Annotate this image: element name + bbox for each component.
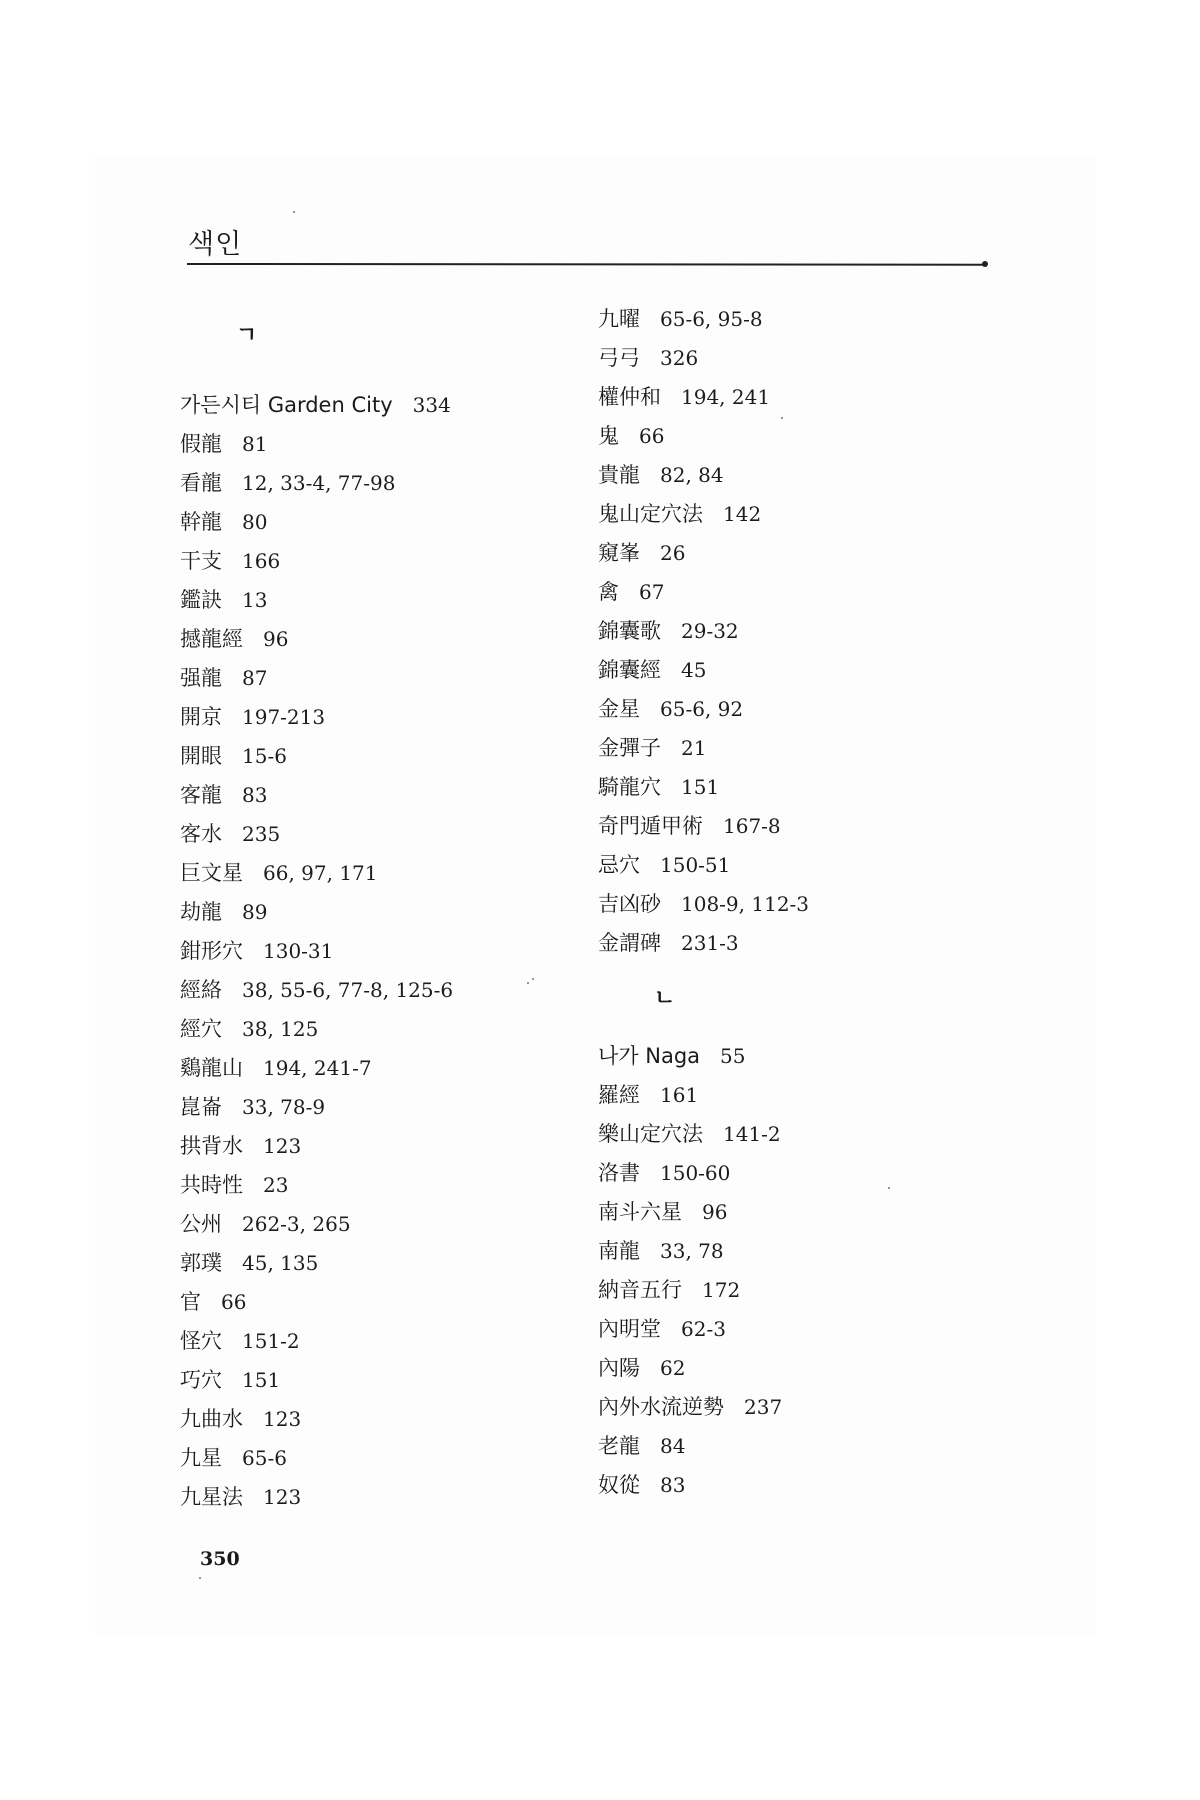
index-term: 公州 bbox=[180, 1212, 222, 1236]
index-term: 崑崙 bbox=[180, 1095, 222, 1119]
index-term: 吉凶砂 bbox=[598, 892, 661, 916]
index-entry: 客水235 bbox=[180, 815, 453, 854]
page-references: 96 bbox=[263, 627, 288, 651]
section-heading-giyeok: ㄱ bbox=[180, 320, 453, 352]
index-entry: 羅經161 bbox=[598, 1076, 809, 1115]
page-references: 45 bbox=[681, 658, 706, 682]
index-entry: 共時性23 bbox=[180, 1166, 453, 1205]
index-entry: 巨文星66, 97, 171 bbox=[180, 854, 453, 893]
index-entry: 幹龍80 bbox=[180, 503, 453, 542]
index-entry: 內外水流逆勢237 bbox=[598, 1388, 809, 1427]
index-entry: 鑑訣13 bbox=[180, 581, 453, 620]
index-term: 官 bbox=[180, 1290, 201, 1314]
index-entry: 南斗六星96 bbox=[598, 1193, 809, 1232]
page-references: 197-213 bbox=[242, 705, 325, 729]
index-term: 强龍 bbox=[180, 666, 222, 690]
index-term: 가든시티 Garden City bbox=[180, 393, 393, 417]
index-entry: 官66 bbox=[180, 1283, 453, 1322]
index-term: 權仲和 bbox=[598, 385, 661, 409]
page-references: 65-6, 92 bbox=[660, 697, 743, 721]
page-references: 33, 78 bbox=[660, 1239, 724, 1263]
index-entry: 內陽62 bbox=[598, 1349, 809, 1388]
page-references: 66, 97, 171 bbox=[263, 861, 378, 885]
page-references: 108-9, 112-3 bbox=[681, 892, 809, 916]
page-references: 12, 33-4, 77-98 bbox=[242, 471, 395, 495]
page-references: 15-6 bbox=[242, 744, 287, 768]
index-term: 劫龍 bbox=[180, 900, 222, 924]
index-entry: 金星65-6, 92 bbox=[598, 690, 809, 729]
index-entry: 權仲和194, 241 bbox=[598, 378, 809, 417]
index-entry: 拱背水123 bbox=[180, 1127, 453, 1166]
index-term: 錦囊經 bbox=[598, 658, 661, 682]
index-entry-list-right-bottom: 나가 Naga55羅經161樂山定穴法141-2洛書150-60南斗六星96南龍… bbox=[598, 1037, 809, 1505]
page-references: 38, 125 bbox=[242, 1017, 318, 1041]
index-entry: 郭璞45, 135 bbox=[180, 1244, 453, 1283]
page-title: 색인 bbox=[188, 222, 242, 261]
page-references: 194, 241-7 bbox=[263, 1056, 372, 1080]
index-entry: 假龍81 bbox=[180, 425, 453, 464]
index-term: 經絡 bbox=[180, 978, 222, 1002]
page-references: 231-3 bbox=[681, 931, 739, 955]
index-term: 鑑訣 bbox=[180, 588, 222, 612]
index-entry: 納音五行172 bbox=[598, 1271, 809, 1310]
index-term: 幹龍 bbox=[180, 510, 222, 534]
page-references: 84 bbox=[660, 1434, 685, 1458]
index-entry: 忌穴150-51 bbox=[598, 846, 809, 885]
index-term: 弓弓 bbox=[598, 346, 640, 370]
index-entry: 南龍33, 78 bbox=[598, 1232, 809, 1271]
page-references: 87 bbox=[242, 666, 267, 690]
index-term: 錦囊歌 bbox=[598, 619, 661, 643]
index-term: 開京 bbox=[180, 705, 222, 729]
index-term: 拱背水 bbox=[180, 1134, 243, 1158]
index-term: 開眼 bbox=[180, 744, 222, 768]
index-term: 金彈子 bbox=[598, 736, 661, 760]
scan-speck bbox=[293, 211, 295, 213]
page-references: 150-51 bbox=[660, 853, 730, 877]
index-entry: 吉凶砂108-9, 112-3 bbox=[598, 885, 809, 924]
page-references: 62-3 bbox=[681, 1317, 726, 1341]
page-references: 80 bbox=[242, 510, 267, 534]
index-term: 金謂碑 bbox=[598, 931, 661, 955]
page-references: 151 bbox=[681, 775, 719, 799]
index-term: 撼龍經 bbox=[180, 627, 243, 651]
index-entry: 開京197-213 bbox=[180, 698, 453, 737]
index-entry: 鬼66 bbox=[598, 417, 809, 456]
page-references: 29-32 bbox=[681, 619, 739, 643]
index-entry: 九星法123 bbox=[180, 1478, 453, 1517]
index-entry: 鉗形穴130-31 bbox=[180, 932, 453, 971]
index-term: 巨文星 bbox=[180, 861, 243, 885]
page-references: 130-31 bbox=[263, 939, 333, 963]
index-term: 鉗形穴 bbox=[180, 939, 243, 963]
index-term: 內陽 bbox=[598, 1356, 640, 1380]
page-references: 66 bbox=[639, 424, 664, 448]
index-entry: 老龍84 bbox=[598, 1427, 809, 1466]
index-column-right: 九曜65-6, 95-8弓弓326權仲和194, 241鬼66貴龍82, 84鬼… bbox=[598, 300, 809, 1505]
page-references: 65-6, 95-8 bbox=[660, 307, 763, 331]
index-entry: 九曲水123 bbox=[180, 1400, 453, 1439]
index-entry-list-left: 가든시티 Garden City334假龍81看龍12, 33-4, 77-98… bbox=[180, 386, 453, 1517]
page-references: 194, 241 bbox=[681, 385, 770, 409]
page-references: 89 bbox=[242, 900, 267, 924]
index-term: 怪穴 bbox=[180, 1329, 222, 1353]
index-entry: 錦囊經45 bbox=[598, 651, 809, 690]
page-references: 123 bbox=[263, 1407, 301, 1431]
index-entry: 劫龍89 bbox=[180, 893, 453, 932]
index-term: 奴從 bbox=[598, 1473, 640, 1497]
index-entry: 奇門遁甲術167-8 bbox=[598, 807, 809, 846]
page-references: 150-60 bbox=[660, 1161, 730, 1185]
scan-speck bbox=[888, 1187, 890, 1189]
page-references: 166 bbox=[242, 549, 280, 573]
index-term: 奇門遁甲術 bbox=[598, 814, 703, 838]
page-references: 161 bbox=[660, 1083, 698, 1107]
index-entry: 鷄龍山194, 241-7 bbox=[180, 1049, 453, 1088]
index-term: 金星 bbox=[598, 697, 640, 721]
index-term: 干支 bbox=[180, 549, 222, 573]
index-entry: 禽67 bbox=[598, 573, 809, 612]
index-term: 老龍 bbox=[598, 1434, 640, 1458]
index-term: 羅經 bbox=[598, 1083, 640, 1107]
page-references: 141-2 bbox=[723, 1122, 781, 1146]
index-entry: 貴龍82, 84 bbox=[598, 456, 809, 495]
scan-speck bbox=[781, 417, 783, 419]
index-term: 鷄龍山 bbox=[180, 1056, 243, 1080]
index-term: 九星 bbox=[180, 1446, 222, 1470]
index-entry: 經絡38, 55-6, 77-8, 125-6 bbox=[180, 971, 453, 1010]
page-references: 123 bbox=[263, 1485, 301, 1509]
index-entry: 錦囊歌29-32 bbox=[598, 612, 809, 651]
index-term: 貴龍 bbox=[598, 463, 640, 487]
index-entry: 樂山定穴法141-2 bbox=[598, 1115, 809, 1154]
scan-speck bbox=[532, 978, 534, 980]
index-entry: 巧穴151 bbox=[180, 1361, 453, 1400]
page-references: 326 bbox=[660, 346, 698, 370]
index-term: 看龍 bbox=[180, 471, 222, 495]
index-entry: 鬼山定穴法142 bbox=[598, 495, 809, 534]
index-term: 鬼 bbox=[598, 424, 619, 448]
index-term: 九星法 bbox=[180, 1485, 243, 1509]
index-term: 禽 bbox=[598, 580, 619, 604]
index-entry: 客龍83 bbox=[180, 776, 453, 815]
index-entry: 內明堂62-3 bbox=[598, 1310, 809, 1349]
page-number: 350 bbox=[200, 1548, 240, 1570]
index-term: 郭璞 bbox=[180, 1251, 222, 1275]
index-term: 忌穴 bbox=[598, 853, 640, 877]
index-entry: 强龍87 bbox=[180, 659, 453, 698]
index-term: 窺峯 bbox=[598, 541, 640, 565]
page-references: 334 bbox=[413, 393, 451, 417]
index-entry: 洛書150-60 bbox=[598, 1154, 809, 1193]
section-heading-nieun: ㄴ bbox=[598, 983, 809, 1015]
index-entry: 開眼15-6 bbox=[180, 737, 453, 776]
index-entry: 金彈子21 bbox=[598, 729, 809, 768]
index-entry: 窺峯26 bbox=[598, 534, 809, 573]
page-references: 83 bbox=[660, 1473, 685, 1497]
page-references: 151 bbox=[242, 1368, 280, 1392]
page-references: 65-6 bbox=[242, 1446, 287, 1470]
page-references: 66 bbox=[221, 1290, 246, 1314]
page-references: 55 bbox=[720, 1044, 745, 1068]
page-references: 172 bbox=[702, 1278, 740, 1302]
index-term: 九曜 bbox=[598, 307, 640, 331]
index-entry: 崑崙33, 78-9 bbox=[180, 1088, 453, 1127]
index-term: 納音五行 bbox=[598, 1278, 682, 1302]
index-entry: 撼龍經96 bbox=[180, 620, 453, 659]
index-term: 鬼山定穴法 bbox=[598, 502, 703, 526]
page-references: 21 bbox=[681, 736, 706, 760]
page-references: 33, 78-9 bbox=[242, 1095, 325, 1119]
index-term: 內外水流逆勢 bbox=[598, 1395, 724, 1419]
index-term: 內明堂 bbox=[598, 1317, 661, 1341]
index-term: 南斗六星 bbox=[598, 1200, 682, 1224]
index-entry: 騎龍穴151 bbox=[598, 768, 809, 807]
divider-end-mark bbox=[982, 261, 988, 267]
index-entry: 干支166 bbox=[180, 542, 453, 581]
page-references: 81 bbox=[242, 432, 267, 456]
index-term: 共時性 bbox=[180, 1173, 243, 1197]
index-term: 南龍 bbox=[598, 1239, 640, 1263]
page-references: 96 bbox=[702, 1200, 727, 1224]
index-term: 樂山定穴法 bbox=[598, 1122, 703, 1146]
page-references: 62 bbox=[660, 1356, 685, 1380]
index-term: 經穴 bbox=[180, 1017, 222, 1041]
scan-speck bbox=[527, 982, 529, 984]
index-term: 客龍 bbox=[180, 783, 222, 807]
page-references: 237 bbox=[744, 1395, 782, 1419]
page-references: 142 bbox=[723, 502, 761, 526]
index-column-left: ㄱ 가든시티 Garden City334假龍81看龍12, 33-4, 77-… bbox=[180, 320, 453, 1517]
index-entry: 看龍12, 33-4, 77-98 bbox=[180, 464, 453, 503]
page-references: 38, 55-6, 77-8, 125-6 bbox=[242, 978, 453, 1002]
page-references: 83 bbox=[242, 783, 267, 807]
index-term: 騎龍穴 bbox=[598, 775, 661, 799]
index-entry: 金謂碑231-3 bbox=[598, 924, 809, 963]
index-term: 巧穴 bbox=[180, 1368, 222, 1392]
page-references: 123 bbox=[263, 1134, 301, 1158]
page-references: 26 bbox=[660, 541, 685, 565]
page-references: 23 bbox=[263, 1173, 288, 1197]
page-references: 13 bbox=[242, 588, 267, 612]
index-entry-list-right-top: 九曜65-6, 95-8弓弓326權仲和194, 241鬼66貴龍82, 84鬼… bbox=[598, 300, 809, 963]
page-references: 151-2 bbox=[242, 1329, 300, 1353]
page-references: 45, 135 bbox=[242, 1251, 318, 1275]
page-references: 235 bbox=[242, 822, 280, 846]
index-entry: 九曜65-6, 95-8 bbox=[598, 300, 809, 339]
index-entry: 가든시티 Garden City334 bbox=[180, 386, 453, 425]
index-entry: 九星65-6 bbox=[180, 1439, 453, 1478]
page-references: 167-8 bbox=[723, 814, 781, 838]
index-term: 客水 bbox=[180, 822, 222, 846]
index-term: 假龍 bbox=[180, 432, 222, 456]
index-entry: 弓弓326 bbox=[598, 339, 809, 378]
index-entry: 公州262-3, 265 bbox=[180, 1205, 453, 1244]
page-references: 82, 84 bbox=[660, 463, 724, 487]
scan-speck bbox=[199, 1577, 201, 1579]
index-term: 九曲水 bbox=[180, 1407, 243, 1431]
index-term: 洛書 bbox=[598, 1161, 640, 1185]
index-entry: 나가 Naga55 bbox=[598, 1037, 809, 1076]
page-references: 67 bbox=[639, 580, 664, 604]
index-entry: 經穴38, 125 bbox=[180, 1010, 453, 1049]
index-term: 나가 Naga bbox=[598, 1044, 700, 1068]
index-entry: 怪穴151-2 bbox=[180, 1322, 453, 1361]
index-entry: 奴從83 bbox=[598, 1466, 809, 1505]
page-references: 262-3, 265 bbox=[242, 1212, 351, 1236]
